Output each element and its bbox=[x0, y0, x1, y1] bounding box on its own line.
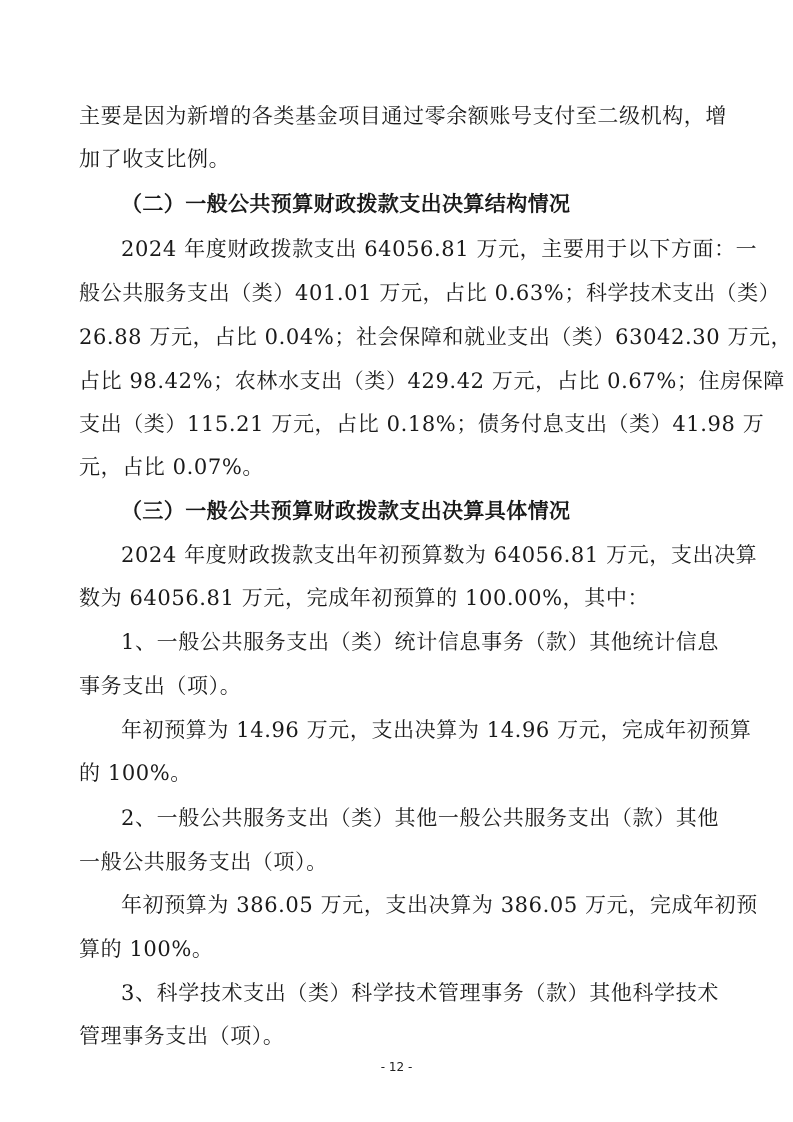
paragraph-line: 支出（类）115.21 万元，占比 0.18%；债务付息支出（类）41.98 万 bbox=[79, 411, 719, 437]
section-heading-3: （三）一般公共预算财政拨款支出决算具体情况 bbox=[121, 498, 570, 524]
document-page: 主要是因为新增的各类基金项目通过零余额账号支付至二级机构，增 加了收支比例。 （… bbox=[0, 0, 793, 1122]
page-number: - 12 - bbox=[0, 1060, 793, 1074]
paragraph-line: 26.88 万元，占比 0.04%；社会保障和就业支出（类）63042.30 万… bbox=[79, 324, 719, 350]
list-item-line: 1、一般公共服务支出（类）统计信息事务（款）其他统计信息 bbox=[121, 629, 719, 655]
paragraph-line: 加了收支比例。 bbox=[79, 146, 719, 172]
paragraph-line: 主要是因为新增的各类基金项目通过零余额账号支付至二级机构，增 bbox=[79, 103, 719, 129]
paragraph-line: 元，占比 0.07%。 bbox=[79, 454, 719, 480]
paragraph-line: 的 100%。 bbox=[79, 760, 719, 786]
paragraph-line: 算的 100%。 bbox=[79, 936, 719, 962]
paragraph-line: 2024 年度财政拨款支出年初预算数为 64056.81 万元，支出决算 bbox=[121, 542, 719, 568]
list-item-line: 2、一般公共服务支出（类）其他一般公共服务支出（款）其他 bbox=[121, 805, 719, 831]
paragraph-line: 2024 年度财政拨款支出 64056.81 万元，主要用于以下方面：一 bbox=[121, 236, 719, 262]
list-item-line: 3、科学技术支出（类）科学技术管理事务（款）其他科学技术 bbox=[121, 980, 719, 1006]
paragraph-line: 年初预算为 386.05 万元，支出决算为 386.05 万元，完成年初预 bbox=[121, 892, 719, 918]
section-heading-2: （二）一般公共预算财政拨款支出决算结构情况 bbox=[121, 191, 570, 217]
list-item-line: 事务支出（项）。 bbox=[79, 673, 719, 699]
paragraph-line: 般公共服务支出（类）401.01 万元，占比 0.63%；科学技术支出（类） bbox=[79, 280, 719, 306]
list-item-line: 一般公共服务支出（项）。 bbox=[79, 849, 719, 875]
list-item-line: 管理事务支出（项）。 bbox=[79, 1023, 719, 1049]
paragraph-line: 年初预算为 14.96 万元，支出决算为 14.96 万元，完成年初预算 bbox=[121, 717, 719, 743]
paragraph-line: 占比 98.42%；农林水支出（类）429.42 万元，占比 0.67%；住房保… bbox=[79, 368, 719, 394]
paragraph-line: 数为 64056.81 万元，完成年初预算的 100.00%，其中： bbox=[79, 585, 719, 611]
